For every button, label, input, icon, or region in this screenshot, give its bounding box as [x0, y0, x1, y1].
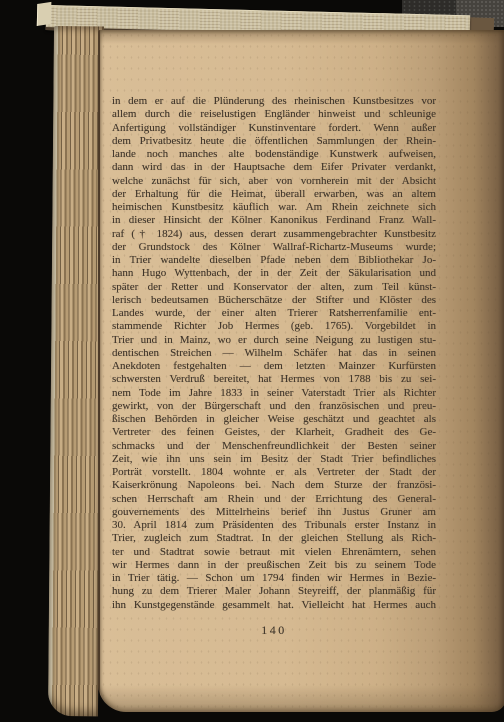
text-line: in dieser Hinsicht der Kölner Kanonikus …	[112, 214, 436, 227]
text-line: gewirkt, von der Bürgerschaft und den fr…	[112, 400, 436, 413]
page-edge-stack	[48, 26, 104, 716]
text-line: Porträt vorstellt. 1804 wohnte er als Ve…	[112, 466, 436, 479]
text-line: Kaiserkrönung Napoleons bei. Nach dem St…	[112, 479, 436, 492]
text-line: schmacks und der Menschenfreundlichkeit …	[112, 440, 436, 453]
text-line: dentischen Streichen — Wilhelm Schäfer h…	[112, 347, 436, 360]
text-line: Trier und in Mainz, wo er durch seine Ne…	[112, 334, 436, 347]
text-line: lerisch bedeutsamen Bücherschätze der St…	[112, 294, 436, 307]
text-line: Vertreter des feinen Geistes, der Klarhe…	[112, 426, 436, 439]
text-line: ter und Stadtrat sowie betraut mit viele…	[112, 546, 436, 559]
text-line: wir Hermes dann in der preußischen Zeit …	[112, 559, 436, 572]
text-line: dem Privatbesitz heute die öffentlichen …	[112, 135, 436, 148]
text-line: allem durch die reiselustigen Engländer …	[112, 108, 436, 121]
scanned-book-photo: in dem er auf die Plünderung des rheinis…	[0, 0, 504, 722]
text-line: ßischen Behörden in gleicher Weise gesch…	[112, 413, 436, 426]
text-line: in dem er auf die Plünderung des rheinis…	[112, 95, 436, 108]
text-line: heimischen Kunstbesitz käuflich war. Am …	[112, 201, 436, 214]
text-line: hung zu dem Trierer Maler Johann Steyrei…	[112, 585, 436, 598]
text-line: welche zunächst für sich, aber von vornh…	[112, 175, 436, 188]
text-line: lande noch manches alte bodenständige Ku…	[112, 148, 436, 161]
text-line: 30. April 1814 zum Präsidenten des Tribu…	[112, 519, 436, 532]
text-line: Trier, zugleich zum Stadtrat. In der gle…	[112, 532, 436, 545]
text-line: in Trier tätig. — Schon um 1794 finden w…	[112, 572, 436, 585]
text-line: der Erhaltung für die Heimat, überall er…	[112, 188, 436, 201]
text-line: der Grundstock des Kölner Wallraf-Richar…	[112, 241, 436, 254]
text-line: schwersten Verdruß bereitet, hat Hermes …	[112, 373, 436, 386]
text-line: Anfertigung vollständiger Kunstinventare…	[112, 122, 436, 135]
text-line: nem Tode im Jahre 1833 in seiner Vaterst…	[112, 387, 436, 400]
text-line: dann wird das in der Hauptsache dem Eife…	[112, 161, 436, 174]
text-line: raf († 1824) aus, dessen derart zusammen…	[112, 228, 436, 241]
text-line: stammende Richter Job Hermes (geb. 1765)…	[112, 320, 436, 333]
book-cover-fragment-left	[402, 0, 456, 15]
text-line: Zeit, wie ihn uns sein im Besitz der Sta…	[112, 453, 436, 466]
text-line: in Trier wandelte dieselben Pfade neben …	[112, 254, 436, 267]
text-line: hann Hugo Wyttenbach, der in der Zeit de…	[112, 267, 436, 280]
text-line: schen Herrschaft am Rhein und der Errich…	[112, 493, 436, 506]
text-line: gouvernements des Mittelrheins berief ih…	[112, 506, 436, 519]
text-line: Landes wurde, der einer alten Trierer Ra…	[112, 307, 436, 320]
text-line: ihn Kunstgegenstände gesammelt hat. Viel…	[112, 599, 436, 612]
page-text-block: in dem er auf die Plünderung des rheinis…	[112, 95, 436, 612]
text-line: später der Retter und Konservator der al…	[112, 281, 436, 294]
book-top-edge-cap	[37, 2, 52, 26]
page-number: 140	[112, 623, 436, 638]
text-line: Anekdoten festgehalten — dem letzten Mai…	[112, 360, 436, 373]
